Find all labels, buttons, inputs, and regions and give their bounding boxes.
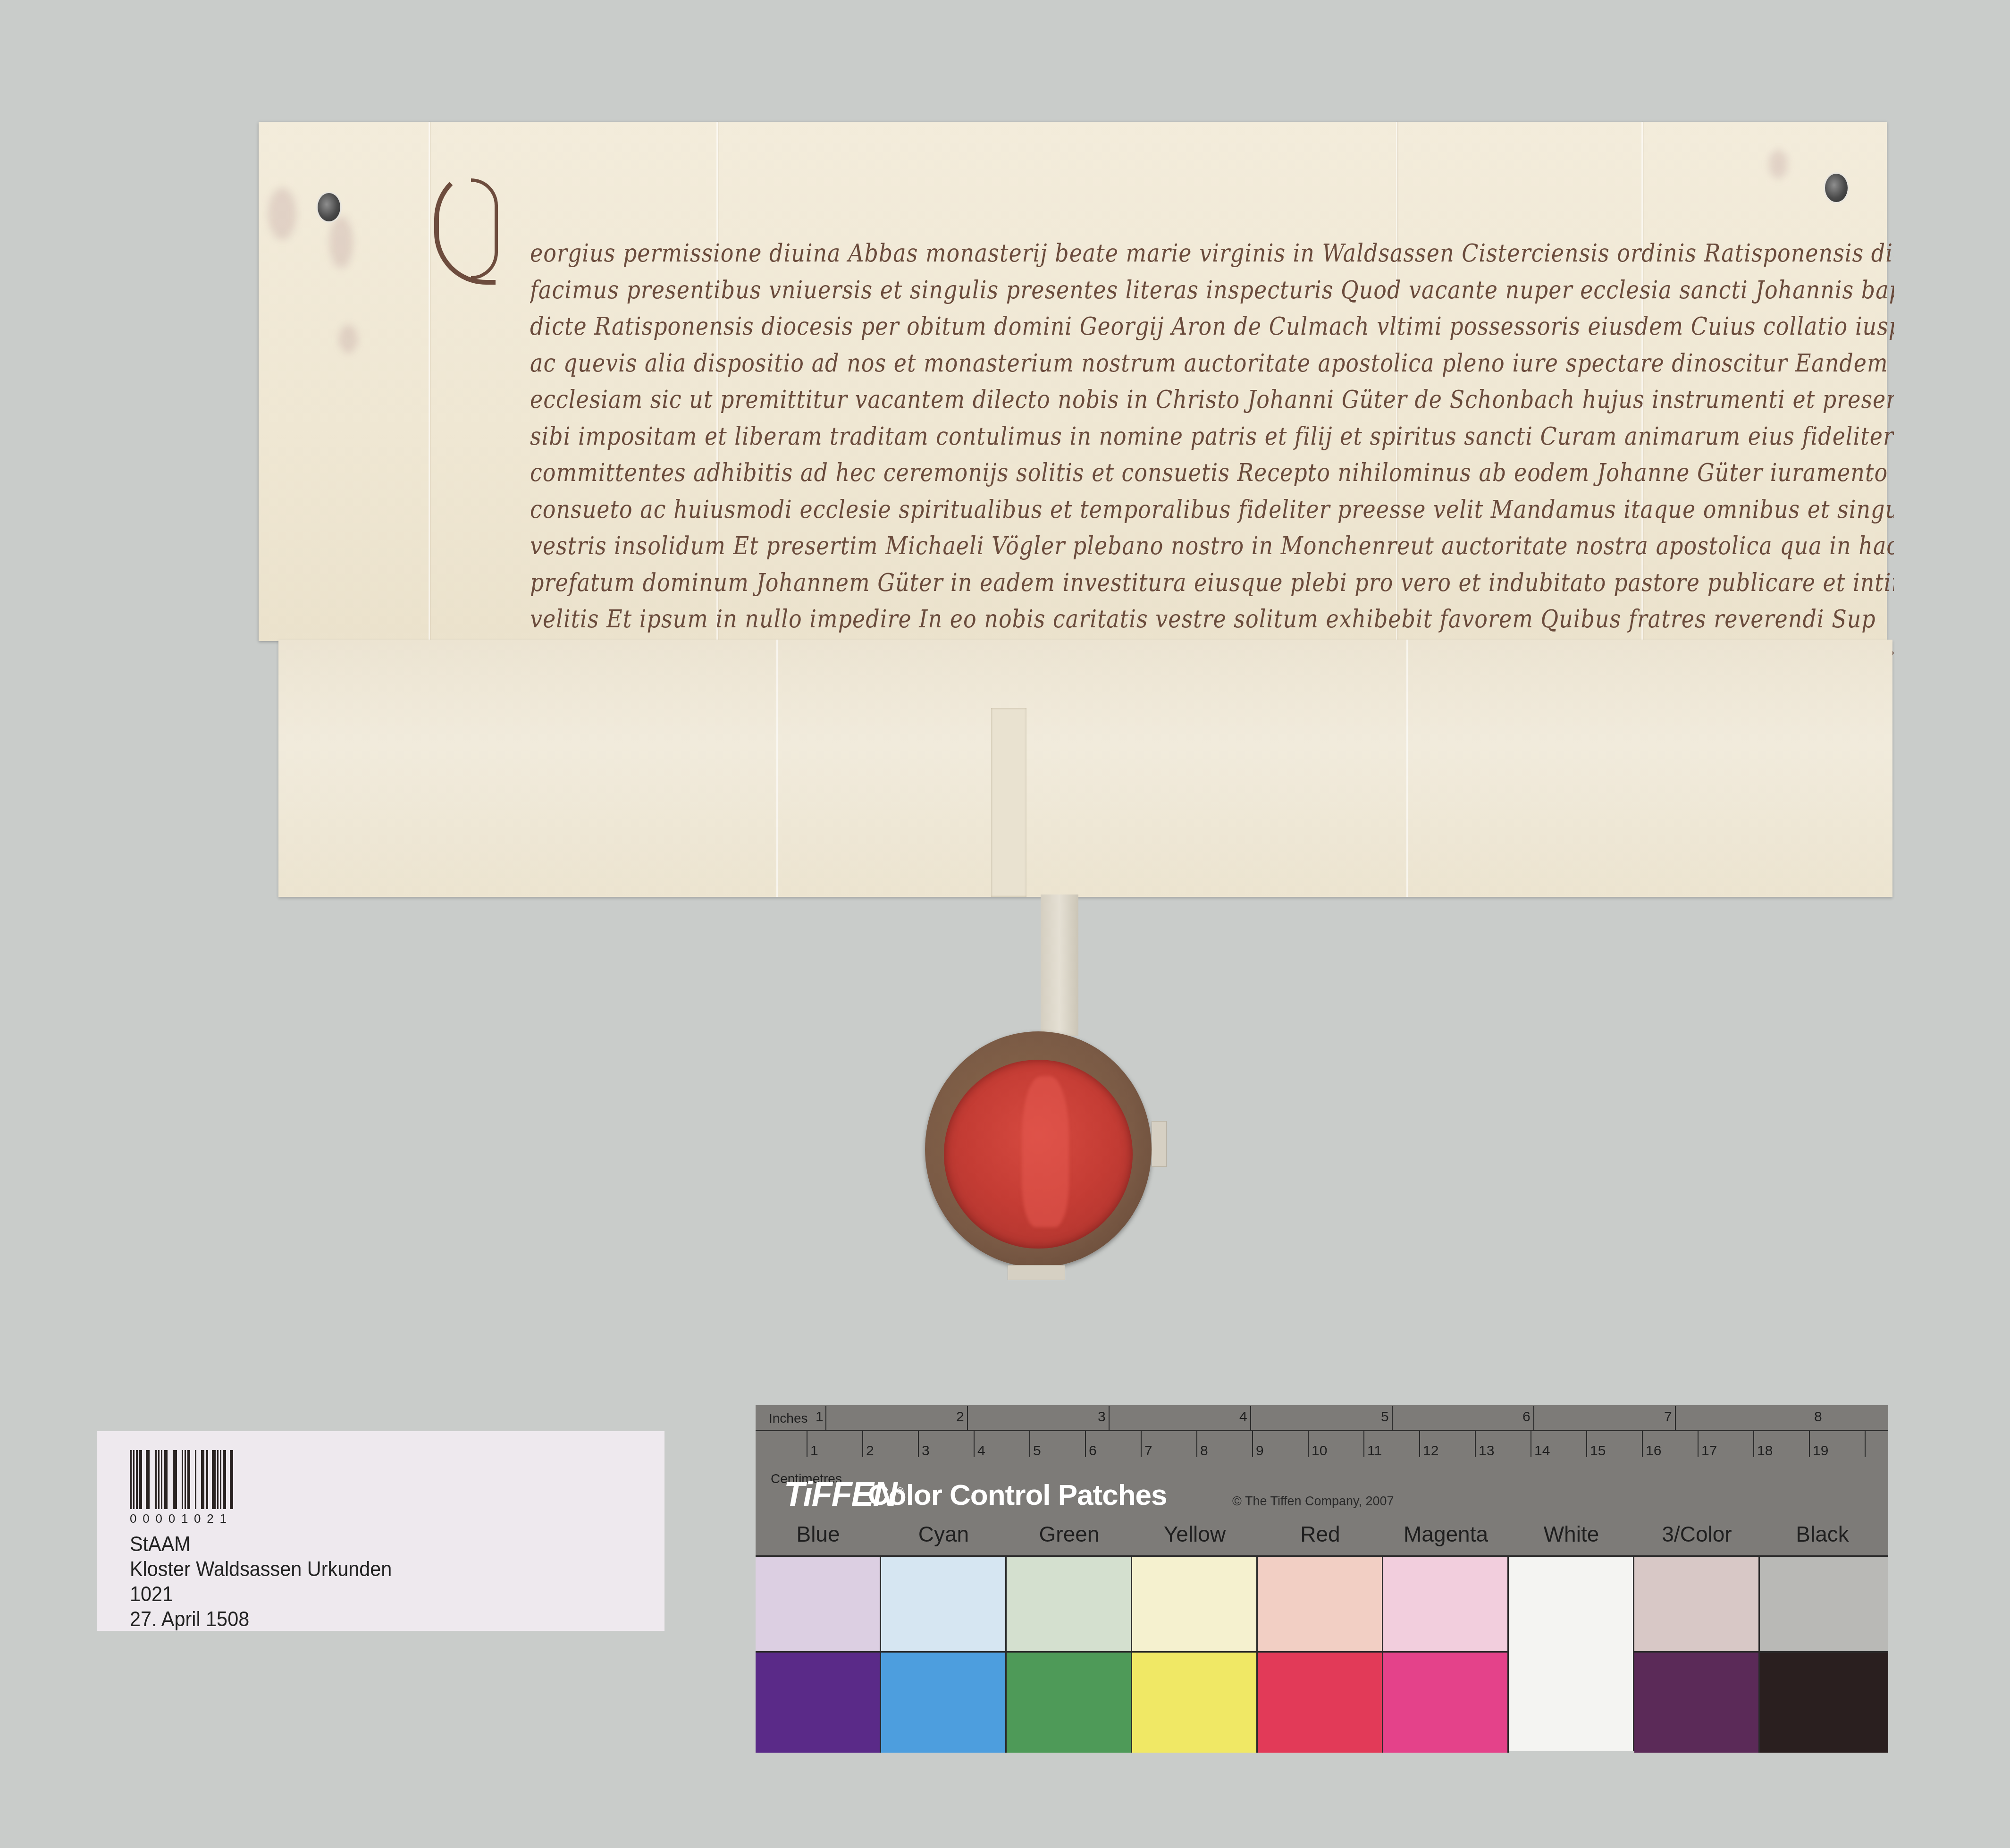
patch-label-white: White [1509, 1521, 1634, 1547]
text-line: vestris insolidum Et presertim Michaeli … [530, 525, 1894, 567]
barcode-digit: 0 [155, 1511, 162, 1526]
barcode-digit: 0 [194, 1511, 201, 1526]
cm-number: 4 [977, 1443, 985, 1459]
patch-blue-light [756, 1557, 881, 1651]
inches-label: Inches [769, 1411, 808, 1426]
barcode-digit: 2 [207, 1511, 213, 1526]
cm-number: 9 [1256, 1443, 1264, 1459]
patch-cyan-dark [881, 1651, 1007, 1753]
fold-line [1406, 640, 1408, 897]
cm-number: 15 [1590, 1443, 1606, 1459]
patch-label-black: Black [1760, 1521, 1885, 1547]
decorated-initial-flourish [471, 178, 498, 279]
barcode [130, 1450, 233, 1509]
collection-name: Kloster Waldsassen Urkunden [130, 1556, 392, 1581]
cm-number: 8 [1200, 1443, 1208, 1459]
patch-black-dark [1760, 1651, 1888, 1753]
cm-number: 2 [866, 1443, 874, 1459]
mounting-hole-right [1824, 172, 1849, 203]
barcode-digit: 1 [181, 1511, 188, 1526]
patch-cyan-light [881, 1557, 1007, 1651]
charter-document: eorgius permissione diuina Abbas monaste… [259, 122, 1887, 641]
patch-label-red: Red [1258, 1521, 1383, 1547]
cm-number: 14 [1534, 1443, 1550, 1459]
patch-3color-light [1634, 1557, 1760, 1651]
cm-number: 18 [1757, 1443, 1773, 1459]
patch-white [1509, 1557, 1634, 1751]
cm-number: 13 [1479, 1443, 1494, 1459]
text-line: dicte Ratisponensis diocesis per obitum … [530, 305, 1894, 347]
seal-strap-slit [991, 708, 1026, 897]
color-control-card: Inches Centimetres 1 2 3 4 5 6 7 8 1 2 3… [756, 1405, 1888, 1751]
text-line: facimus presentibus vniuersis et singuli… [530, 269, 1894, 311]
patch-label-green: Green [1007, 1521, 1132, 1547]
inch-tick [1109, 1406, 1110, 1431]
inch-number: 7 [1664, 1409, 1672, 1425]
text-line: ac quevis alia dispositio ad nos et mona… [530, 342, 1894, 384]
stain [268, 188, 296, 240]
barcode-digit: 0 [130, 1511, 136, 1526]
patch-magenta-light [1383, 1557, 1509, 1651]
cm-number: 7 [1144, 1443, 1152, 1459]
patch-label-blue: Blue [756, 1521, 881, 1547]
text-line: velitis Et ipsum in nullo impedire In eo… [530, 598, 1894, 640]
barcode-number: 0 0 0 0 1 0 2 1 [130, 1511, 227, 1526]
inch-number: 2 [956, 1409, 964, 1425]
fold-line [776, 640, 778, 897]
text-line: eorgius permissione diuina Abbas monaste… [530, 232, 1894, 274]
cm-number: 12 [1423, 1443, 1438, 1459]
seal-strap-end [1152, 1121, 1167, 1167]
patch-blue-dark [756, 1651, 881, 1753]
seal-strap-end [1008, 1265, 1065, 1280]
document-number: 1021 [130, 1581, 392, 1606]
cm-number: 6 [1089, 1443, 1097, 1459]
inch-number: 8 [1814, 1409, 1822, 1425]
barcode-digit: 0 [168, 1511, 175, 1526]
patch-green-light [1007, 1557, 1132, 1651]
inch-tick [1250, 1406, 1251, 1431]
inch-number: 6 [1522, 1409, 1531, 1425]
patch-black-light [1760, 1557, 1888, 1651]
patch-red-light [1258, 1557, 1383, 1651]
document-date: 27. April 1508 [130, 1606, 392, 1631]
cm-number: 1 [810, 1443, 818, 1459]
text-line: ecclesiam sic ut premittitur vacantem di… [530, 379, 1894, 421]
text-line: prefatum dominum Johannem Güter in eadem… [530, 562, 1894, 604]
label-text: StAAM Kloster Waldsassen Urkunden 1021 2… [130, 1531, 392, 1631]
charter-plica [278, 640, 1892, 897]
text-line: sibi impositam et liberam traditam contu… [530, 415, 1894, 457]
text-line: committentes adhibitis ad hec ceremonijs… [530, 452, 1894, 494]
inch-tick [1392, 1406, 1393, 1431]
patch-label-cyan: Cyan [881, 1521, 1006, 1547]
patch-yellow-dark [1132, 1651, 1258, 1753]
cm-number: 11 [1367, 1443, 1382, 1459]
archive-name: StAAM [130, 1531, 392, 1556]
inch-number: 4 [1239, 1409, 1247, 1425]
cm-number: 16 [1646, 1443, 1661, 1459]
archive-label: 0 0 0 0 1 0 2 1 StAAM Kloster Waldsassen… [97, 1431, 664, 1631]
barcode-digit: 0 [143, 1511, 149, 1526]
cm-number: 3 [922, 1443, 930, 1459]
text-line: consueto ac huiusmodi ecclesie spiritual… [530, 489, 1894, 531]
stain [339, 325, 358, 353]
patch-label-magenta: Magenta [1383, 1521, 1508, 1547]
patch-3color-dark [1634, 1651, 1760, 1753]
fold-line [429, 122, 430, 641]
cm-number: 17 [1701, 1443, 1717, 1459]
mounting-hole-left [316, 192, 342, 223]
patch-label-yellow: Yellow [1132, 1521, 1257, 1547]
stain [329, 216, 353, 268]
cm-number: 10 [1312, 1443, 1327, 1459]
patch-green-dark [1007, 1651, 1132, 1753]
patch-magenta-dark [1383, 1651, 1509, 1753]
seal-figure-relief [1022, 1076, 1069, 1227]
patch-red-dark [1258, 1651, 1383, 1753]
card-title: Color Control Patches [868, 1478, 1167, 1512]
stain [1769, 150, 1788, 178]
inch-number: 1 [816, 1409, 824, 1425]
inch-tick [825, 1406, 826, 1431]
barcode-digit: 1 [220, 1511, 227, 1526]
copyright-notice: © The Tiffen Company, 2007 [1232, 1494, 1394, 1509]
cm-number: 19 [1813, 1443, 1828, 1459]
inch-tick [1533, 1406, 1534, 1431]
cm-number: 5 [1033, 1443, 1041, 1459]
inch-ruler [756, 1405, 1888, 1431]
patch-yellow-light [1132, 1557, 1258, 1651]
inch-number: 5 [1381, 1409, 1389, 1425]
inch-tick [967, 1406, 968, 1431]
inch-number: 3 [1098, 1409, 1106, 1425]
seal-strap [1041, 894, 1078, 1036]
patch-label-3color: 3/Color [1634, 1521, 1759, 1547]
inch-tick [1675, 1406, 1676, 1431]
